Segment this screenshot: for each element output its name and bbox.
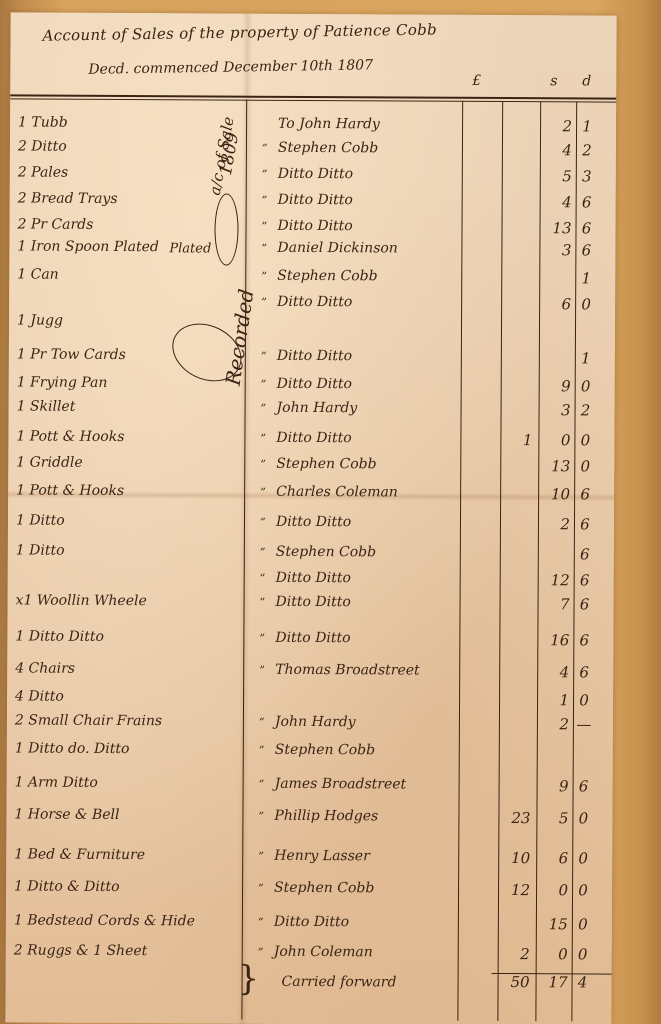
item-name: 1 Bed & Furniture xyxy=(14,846,145,863)
amount-shillings: 2 xyxy=(536,515,570,533)
item-name: 2 Ditto xyxy=(18,138,67,154)
amount-pence: 6 xyxy=(574,571,596,589)
item-name: 2 Ruggs & 1 Sheet xyxy=(14,942,148,959)
ledger-row: 1 Bed & Furniture”Henry Lasser1060 xyxy=(6,846,612,879)
item-name: 1 Ditto xyxy=(16,512,65,528)
ditto-mark: ” xyxy=(259,778,265,791)
amount-pence: 3 xyxy=(576,167,598,185)
total-pounds: 50 xyxy=(500,973,530,991)
item-name: 2 Small Chair Frains xyxy=(15,712,162,729)
ditto-mark: ” xyxy=(262,194,268,207)
amount-shillings: 5 xyxy=(538,167,572,185)
item-name: 1 Frying Pan xyxy=(17,374,108,390)
amount-pence: 6 xyxy=(576,193,598,211)
amount-pence: 0 xyxy=(575,377,597,395)
item-name: 1 Iron Spoon Plated xyxy=(17,238,159,255)
amount-pence: 2 xyxy=(576,141,598,159)
amount-pence: 6 xyxy=(574,485,596,503)
amount-pence: 0 xyxy=(574,431,596,449)
buyer-name: Ditto Ditto xyxy=(276,570,351,586)
buyer-name: Ditto Ditto xyxy=(278,166,353,182)
item-name: 2 Bread Trays xyxy=(18,190,118,207)
amount-pence: 0 xyxy=(572,945,594,963)
buyer-name: Ditto Ditto xyxy=(278,192,353,208)
buyer-name: Ditto Ditto xyxy=(276,430,351,446)
buyer-name: Stephen Cobb xyxy=(277,268,377,285)
amount-shillings: 6 xyxy=(537,295,571,313)
ledger-row: 1 Ditto & Ditto”Stephen Cobb1200 xyxy=(6,878,612,911)
item-name: 1 Skillet xyxy=(17,398,76,414)
amount-pounds: 12 xyxy=(500,881,530,899)
buyer-name: Stephen Cobb xyxy=(275,742,375,759)
amount-pence: 0 xyxy=(573,691,595,709)
buyer-name: Ditto Ditto xyxy=(274,914,349,930)
amount-pence: 0 xyxy=(575,295,597,313)
amount-shillings: 4 xyxy=(535,663,569,681)
buyer-name: Daniel Dickinson xyxy=(277,240,398,257)
ditto-mark: ” xyxy=(262,168,268,181)
amount-shillings: 13 xyxy=(536,457,570,475)
item-name: 4 Ditto xyxy=(15,688,64,704)
amount-pounds: 10 xyxy=(500,849,530,867)
ledger-row: 1 Pott & Hooks”Charles Coleman106 xyxy=(8,482,614,515)
ledger-row: 1 Ditto do. Ditto”Stephen Cobb xyxy=(7,740,613,773)
amount-pence: 2 xyxy=(575,401,597,419)
ditto-mark: ” xyxy=(259,716,265,729)
buyer-name: Charles Coleman xyxy=(276,484,398,501)
item-name: 1 Pott & Hooks xyxy=(16,482,124,499)
item-name: 2 Pr Cards xyxy=(17,216,93,232)
buyer-name: Ditto Ditto xyxy=(277,218,352,234)
item-name: 4 Chairs xyxy=(15,660,75,676)
ditto-mark: ” xyxy=(261,350,267,363)
amount-shillings: 12 xyxy=(536,571,570,589)
ditto-mark: ” xyxy=(259,632,265,645)
buyer-name: John Hardy xyxy=(275,714,356,730)
buyer-name: Ditto Ditto xyxy=(277,376,352,392)
amount-pence: 6 xyxy=(575,241,597,259)
item-name: 1 Pott & Hooks xyxy=(16,428,124,445)
item-name: 1 Bedstead Cords & Hide xyxy=(14,912,195,929)
amount-pence: 1 xyxy=(576,117,598,135)
ledger-rows: 1 TubbTo John Hardy21 2 Ditto”Stephen Co… xyxy=(11,12,617,15)
amount-pence: — xyxy=(573,715,595,733)
document-subtitle: Decd. commenced December 10th 1807 xyxy=(88,57,373,77)
buyer-name: Stephen Cobb xyxy=(276,544,376,561)
amount-shillings: 0 xyxy=(534,881,568,899)
amount-shillings: 7 xyxy=(536,595,570,613)
item-name: 2 Pales xyxy=(18,164,69,180)
amount-pence: 0 xyxy=(572,915,594,933)
ditto-mark: ” xyxy=(260,596,266,609)
amount-pence: 1 xyxy=(575,349,597,367)
ditto-mark: ” xyxy=(261,402,267,415)
ledger-row: 1 Jugg xyxy=(9,312,615,345)
amount-shillings: 3 xyxy=(537,241,571,259)
amount-shillings: 2 xyxy=(535,715,569,733)
amount-pence: 6 xyxy=(574,515,596,533)
item-name: 1 Ditto do. Ditto xyxy=(15,740,130,757)
item-name: 1 Griddle xyxy=(16,454,82,470)
amount-shillings: 13 xyxy=(537,219,571,237)
amount-pence: 6 xyxy=(573,777,595,795)
amount-shillings: 15 xyxy=(534,915,568,933)
amount-pence: 6 xyxy=(573,663,595,681)
amount-pence: 6 xyxy=(574,595,596,613)
item-name: 1 Pr Tow Cards xyxy=(17,346,126,363)
buyer-name: James Broadstreet xyxy=(275,776,407,793)
total-pence: 4 xyxy=(572,973,594,991)
ditto-mark: ” xyxy=(260,432,266,445)
item-name: x1 Woollin Wheele xyxy=(16,592,147,609)
amount-shillings: 10 xyxy=(536,485,570,503)
amount-shillings: 4 xyxy=(538,141,572,159)
total-row: Carried forward 50 17 4 xyxy=(5,970,611,1003)
amount-shillings: 9 xyxy=(537,377,571,395)
item-name: 1 Ditto xyxy=(16,542,65,558)
ledger-page: Account of Sales of the property of Pati… xyxy=(5,12,616,1024)
buyer-name: Stephen Cobb xyxy=(274,880,374,897)
buyer-name: Stephen Cobb xyxy=(276,456,376,473)
buyer-name: John Hardy xyxy=(277,400,358,416)
amount-shillings: 16 xyxy=(535,631,569,649)
buyer-name: Phillip Hodges xyxy=(274,808,378,825)
ditto-mark: ” xyxy=(258,810,264,823)
ditto-mark: ” xyxy=(260,486,266,499)
buyer-name: Stephen Cobb xyxy=(278,140,378,157)
ditto-mark: ” xyxy=(260,516,266,529)
header-pence: d xyxy=(582,73,591,89)
ledger-row: 1 Ditto Ditto”Ditto Ditto166 xyxy=(7,628,613,661)
amount-pence: 6 xyxy=(575,219,597,237)
ditto-mark: ” xyxy=(261,220,267,233)
buyer-name: Ditto Ditto xyxy=(276,594,351,610)
item-name: 1 Tubb xyxy=(18,114,68,130)
amount-shillings: 9 xyxy=(535,777,569,795)
ledger-row: 1 Bedstead Cords & Hide”Ditto Ditto150 xyxy=(6,912,612,945)
ditto-mark: ” xyxy=(262,142,268,155)
amount-pounds: 1 xyxy=(502,431,532,449)
carried-forward-label: Carried forward xyxy=(282,974,397,991)
item-name: 1 Horse & Bell xyxy=(14,806,119,823)
amount-pence: 0 xyxy=(574,457,596,475)
ditto-mark: ” xyxy=(261,242,267,255)
item-name: 1 Jugg xyxy=(17,312,63,328)
item-name: 1 Arm Ditto xyxy=(15,774,98,790)
amount-shillings: 3 xyxy=(537,401,571,419)
ditto-mark: ” xyxy=(259,664,265,677)
amount-pence: 0 xyxy=(572,809,594,827)
amount-shillings: 5 xyxy=(534,809,568,827)
header-shillings: s xyxy=(550,73,557,89)
item-name: 1 Ditto Ditto xyxy=(15,628,104,644)
buyer-name: John Coleman xyxy=(274,944,373,961)
buyer-name: To John Hardy xyxy=(278,116,380,133)
ditto-mark: ” xyxy=(258,882,264,895)
amount-shillings: 2 xyxy=(538,117,572,135)
ditto-mark: ” xyxy=(258,850,264,863)
ledger-row: 1 Skillet”John Hardy32 xyxy=(8,398,614,431)
item-name: 1 Ditto & Ditto xyxy=(14,878,120,895)
amount-shillings: 6 xyxy=(534,849,568,867)
total-shillings: 17 xyxy=(534,973,568,991)
amount-shillings: 0 xyxy=(536,431,570,449)
amount-pounds: 23 xyxy=(500,809,530,827)
amount-pence: 1 xyxy=(575,269,597,287)
amount-pence: 6 xyxy=(574,545,596,563)
buyer-name: Ditto Ditto xyxy=(276,514,351,530)
ledger-row: x1 Woollin Wheele”Ditto Ditto76 xyxy=(7,592,613,625)
ditto-mark: ” xyxy=(261,270,267,283)
ditto-mark: ” xyxy=(258,946,264,959)
ditto-mark: ” xyxy=(261,378,267,391)
ditto-mark: ” xyxy=(259,744,265,757)
ditto-mark: ” xyxy=(260,458,266,471)
buyer-name: Henry Lasser xyxy=(274,848,370,865)
amount-shillings: 1 xyxy=(535,691,569,709)
ledger-row: 1 Ditto”Ditto Ditto26 xyxy=(8,512,614,545)
amount-shillings: 4 xyxy=(538,193,572,211)
ditto-mark: ” xyxy=(261,296,267,309)
amount-pence: 6 xyxy=(573,631,595,649)
ledger-row: 1 Horse & Bell”Phillip Hodges2350 xyxy=(6,806,612,839)
ledger-row: 1 Arm Ditto”James Broadstreet96 xyxy=(7,774,613,807)
buyer-name: Ditto Ditto xyxy=(275,630,350,646)
item-name: 1 Can xyxy=(17,266,59,282)
amount-pence: 0 xyxy=(572,849,594,867)
ditto-mark: ” xyxy=(260,546,266,559)
ditto-mark: ” xyxy=(260,572,266,585)
buyer-name: Ditto Ditto xyxy=(277,294,352,310)
buyer-name: Ditto Ditto xyxy=(277,348,352,364)
header-pounds: £ xyxy=(472,73,481,89)
buyer-name: Thomas Broadstreet xyxy=(275,662,420,679)
ditto-mark: ” xyxy=(258,916,264,929)
amount-shillings: 0 xyxy=(534,945,568,963)
document-title: Account of Sales of the property of Pati… xyxy=(42,21,437,45)
amount-pence: 0 xyxy=(572,881,594,899)
header-rule-double xyxy=(10,98,616,102)
amount-pounds: 2 xyxy=(500,945,530,963)
